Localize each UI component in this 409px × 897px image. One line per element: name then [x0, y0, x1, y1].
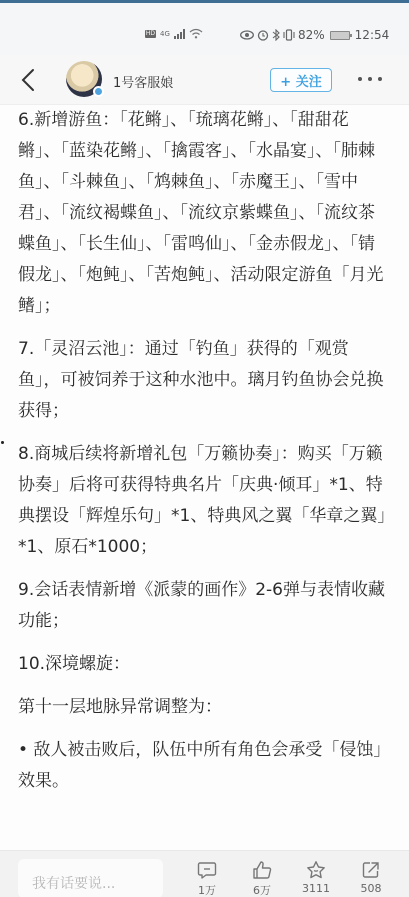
verified-badge-icon: [93, 86, 104, 97]
comment-input[interactable]: 我有话要说...: [18, 859, 163, 897]
post-content: 6.新增游鱼：「花鳉」、「琉璃花鳉」、「甜甜花鳉」、「蓝染花鳉」、「擒霞客」、「…: [0, 105, 409, 850]
battery-percent: 82%: [298, 28, 325, 42]
eye-icon: [240, 30, 254, 40]
follow-button[interactable]: + 关注: [270, 68, 332, 92]
favorite-button[interactable]: 3111: [298, 860, 334, 895]
comments-count: 1万: [198, 882, 216, 897]
paragraph-10: 10.深境螺旋：: [18, 649, 391, 680]
paragraph-text: 10.深境螺旋：: [18, 649, 391, 680]
bluetooth-icon: [272, 29, 280, 41]
paragraph-6: 6.新增游鱼：「花鳉」、「琉璃花鳉」、「甜甜花鳉」、「蓝染花鳉」、「擒霞客」、「…: [18, 105, 391, 322]
star-icon: [306, 860, 326, 880]
signal-icon: [174, 29, 185, 39]
like-button[interactable]: 6万: [244, 860, 280, 897]
shares-count: 508: [361, 882, 382, 895]
paragraph-text: 第十一层地脉异常调整为：: [18, 692, 391, 723]
status-right: 82% 12:54: [240, 28, 389, 42]
comments-button[interactable]: 1万: [189, 860, 225, 897]
dot-icon: [358, 77, 362, 81]
thumbs-up-icon: [252, 860, 272, 880]
status-bar: HD 4G 82% 12:54: [0, 3, 409, 55]
wifi-icon: [189, 28, 203, 39]
hd-icon: HD: [145, 30, 156, 38]
paragraph-text: 8.商城后续将新增礼包「万籁协奏」：购买「万籁协奏」后将可获得特典名片「庆典·倾…: [18, 439, 391, 563]
more-options-button[interactable]: [358, 69, 382, 89]
comment-icon: [197, 860, 217, 880]
vibrate-icon: [283, 29, 295, 41]
share-button[interactable]: 508: [353, 860, 389, 895]
share-icon: [361, 860, 381, 880]
paragraph-bullet: • 敌人被击败后，队伍中所有角色会承受「侵蚀」效果。: [18, 735, 391, 797]
dot-icon: [368, 77, 372, 81]
likes-count: 6万: [253, 882, 271, 897]
status-left: HD 4G: [145, 28, 203, 39]
alarm-icon: [257, 29, 269, 41]
paragraph-floor-11: 第十一层地脉异常调整为：: [18, 692, 391, 723]
chevron-left-icon: [18, 67, 40, 93]
paragraph-9: 9.会话表情新增《派蒙的画作》2-6弹与表情收藏功能；: [18, 575, 391, 637]
side-indicator-dot: [1, 441, 4, 444]
dot-icon: [378, 77, 382, 81]
paragraph-text: • 敌人被击败后，队伍中所有角色会承受「侵蚀」效果。: [18, 735, 391, 797]
paragraph-text: 7.「灵沼云池」：通过「钓鱼」获得的「观赏鱼」，可被饲养于这种水池中。璃月钓鱼协…: [18, 334, 391, 427]
back-button[interactable]: [18, 67, 40, 93]
clock-time: 12:54: [355, 28, 390, 42]
username[interactable]: 1号客服娘: [113, 72, 173, 91]
paragraph-text: 9.会话表情新增《派蒙的画作》2-6弹与表情收藏功能；: [18, 575, 391, 637]
paragraph-8: 8.商城后续将新增礼包「万籁协奏」：购买「万籁协奏」后将可获得特典名片「庆典·倾…: [18, 439, 391, 563]
favorites-count: 3111: [302, 882, 330, 895]
paragraph-7: 7.「灵沼云池」：通过「钓鱼」获得的「观赏鱼」，可被饲养于这种水池中。璃月钓鱼协…: [18, 334, 391, 427]
paragraph-text: 6.新增游鱼：「花鳉」、「琉璃花鳉」、「甜甜花鳉」、「蓝染花鳉」、「擒霞客」、「…: [18, 105, 391, 322]
battery-icon: [330, 31, 350, 40]
bottom-action-bar: 我有话要说... 1万 6万 3111 508: [0, 850, 409, 897]
avatar[interactable]: [66, 61, 102, 97]
network-type: 4G: [160, 30, 170, 38]
post-header: 1号客服娘 + 关注: [0, 55, 409, 105]
